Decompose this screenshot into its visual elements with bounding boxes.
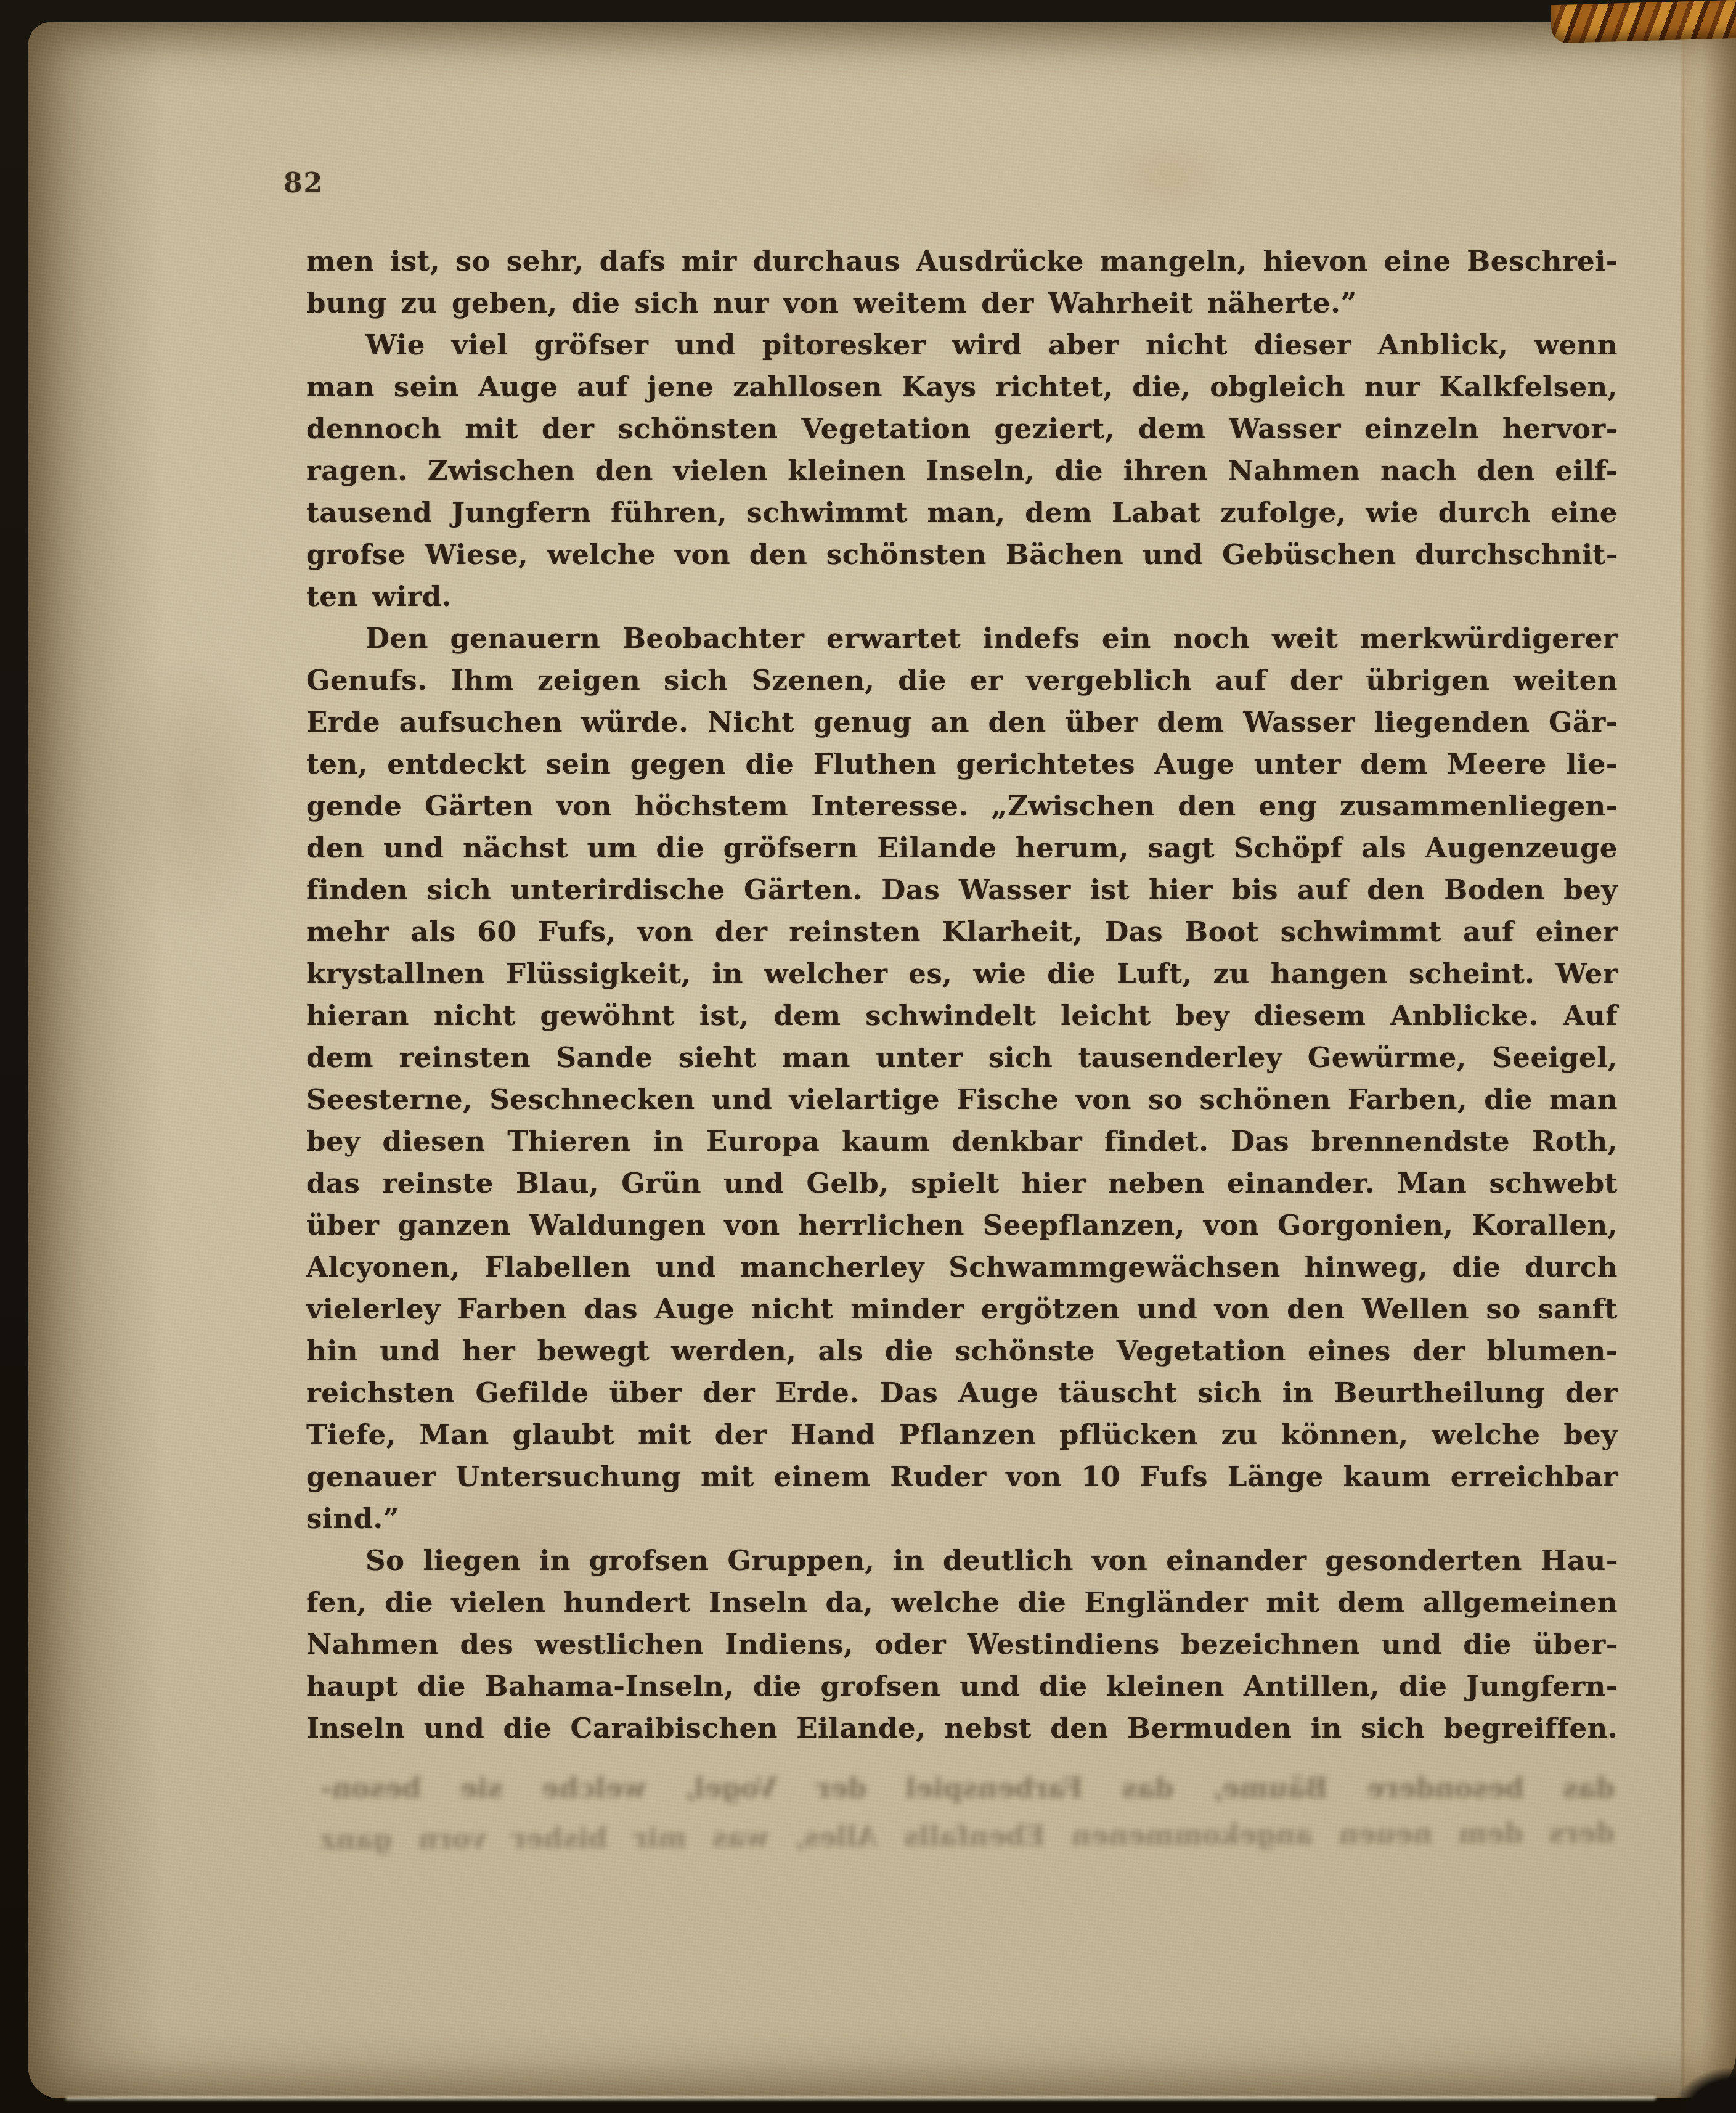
text-line: reichsten Gefilde über der Erde. Das Aug… (306, 1372, 1618, 1414)
text-line: Tiefe, Man glaubt mit der Hand Pflanzen … (306, 1414, 1618, 1456)
text-line: Den genauern Beobachter erwartet indefs … (306, 618, 1618, 660)
text-line: krystallnen Flüssigkeit, in welcher es, … (306, 953, 1618, 995)
text-line: sind.” (306, 1498, 1618, 1540)
text-line: So liegen in grofsen Gruppen, in deutlic… (306, 1540, 1618, 1582)
text-line: ten wird. (306, 576, 1618, 618)
text-line: Alcyonen, Flabellen und mancherley Schwa… (306, 1246, 1618, 1288)
text-line: man sein Auge auf jene zahllosen Kays ri… (306, 366, 1618, 408)
text-line: bey diesen Thieren in Europa kaum denkba… (306, 1121, 1618, 1163)
text-line: tausend Jungfern führen, schwimmt man, d… (306, 492, 1618, 534)
text-line: mehr als 60 Fufs, von der reinsten Klarh… (306, 911, 1618, 953)
text-line: hieran nicht gewöhnt ist, dem schwindelt… (306, 995, 1618, 1037)
text-line: vielerley Farben das Auge nicht minder e… (306, 1288, 1618, 1330)
text-line: Nahmen des westlichen Indiens, oder West… (306, 1624, 1618, 1665)
text-line: fen, die vielen hundert Inseln da, welch… (306, 1582, 1618, 1624)
text-line: genauer Untersuchung mit einem Ruder von… (306, 1456, 1618, 1498)
text-line: Erde aufsuchen würde. Nicht genug an den… (306, 701, 1618, 743)
text-line: über ganzen Waldungen von herrlichen See… (306, 1204, 1618, 1246)
text-line: gende Gärten von höchstem Interesse. „Zw… (306, 785, 1618, 827)
text-line: Seesterne, Seschnecken und vielartige Fi… (306, 1079, 1618, 1121)
text-line: dennoch mit der schönsten Vegetation gez… (306, 408, 1618, 450)
text-line: haupt die Bahama-Inseln, die grofsen und… (306, 1665, 1618, 1707)
text-block: men ist, so sehr, dafs mir durchaus Ausd… (306, 240, 1618, 1749)
text-line: finden sich unterirdische Gärten. Das Wa… (306, 869, 1618, 911)
text-line: hin und her bewegt werden, als die schön… (306, 1330, 1618, 1372)
text-line: ten, entdeckt sein gegen die Fluthen ger… (306, 743, 1618, 785)
text-line: men ist, so sehr, dafs mir durchaus Ausd… (306, 240, 1618, 282)
text-line: grofse Wiese, welche von den schönsten B… (306, 534, 1618, 576)
text-line: Wie viel gröfser und pitoresker wird abe… (306, 324, 1618, 366)
text-line: Inseln und die Caraibischen Eilande, neb… (306, 1707, 1618, 1749)
text-line: Genufs. Ihm zeigen sich Szenen, die er v… (306, 660, 1618, 701)
text-line: ragen. Zwischen den vielen kleinen Insel… (306, 450, 1618, 492)
page-number: 82 (283, 168, 324, 199)
text-line: das reinste Blau, Grün und Gelb, spielt … (306, 1163, 1618, 1204)
text-line: den und nächst um die gröfsern Eilande h… (306, 827, 1618, 869)
marbled-book-edge (1551, 0, 1736, 43)
text-line: bung zu geben, die sich nur von weitem d… (306, 282, 1618, 324)
book-scan-photo: 82 men ist, so sehr, dafs mir durchaus A… (0, 0, 1736, 2113)
text-line: dem reinsten Sande sieht man unter sich … (306, 1037, 1618, 1079)
